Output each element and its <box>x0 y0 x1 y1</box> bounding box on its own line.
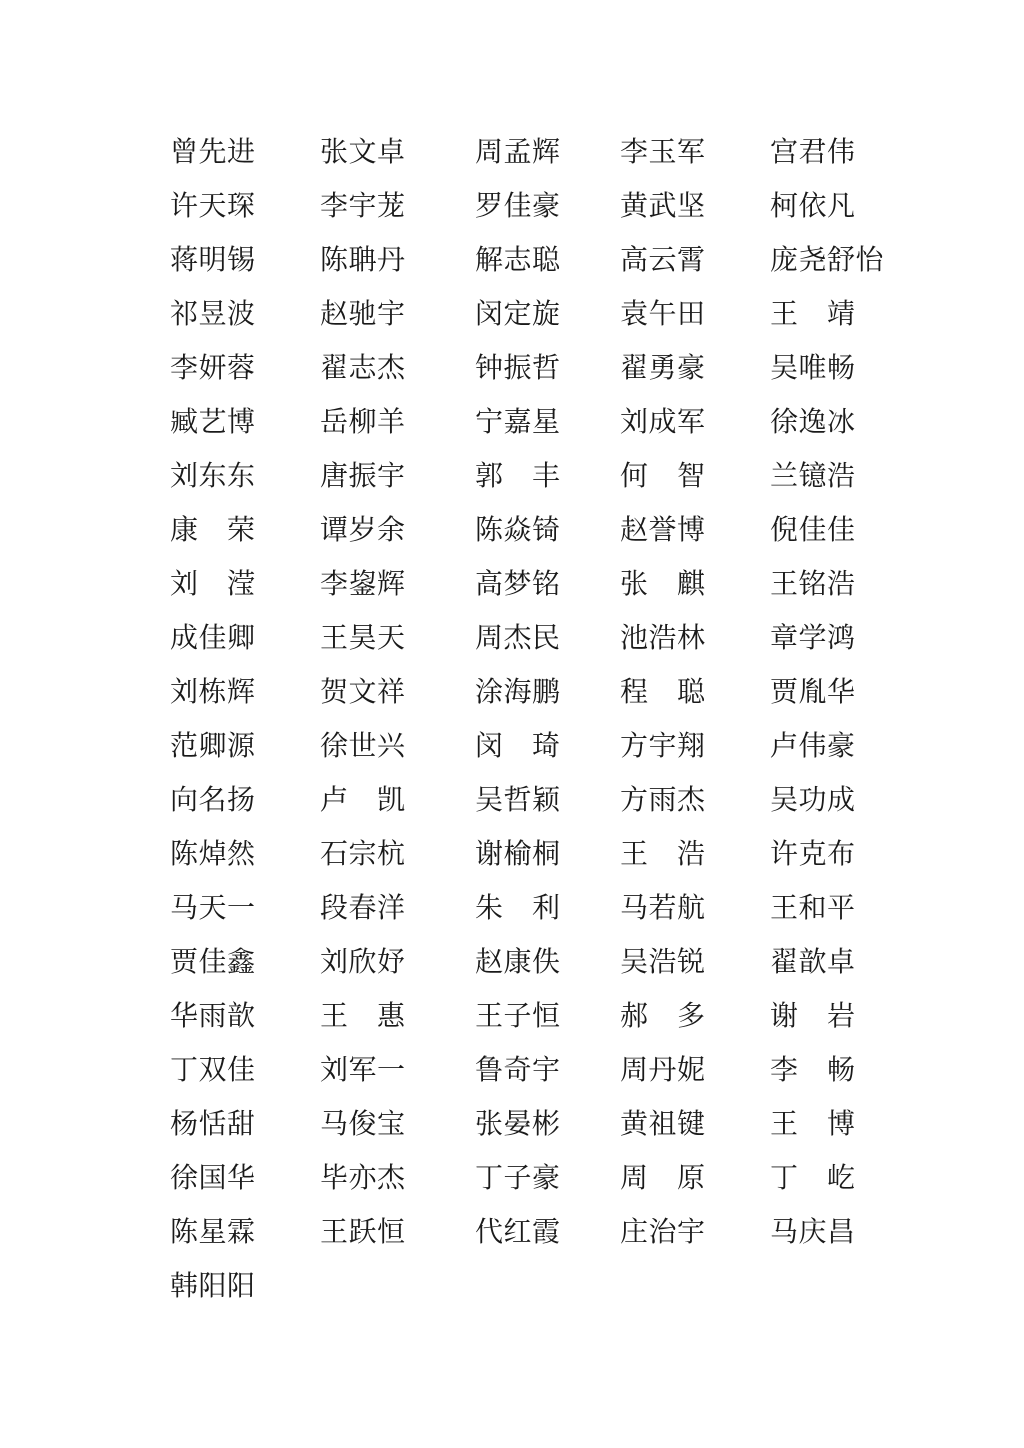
name-cell: 庄治宇 <box>620 1206 770 1260</box>
name-cell: 谢榆桐 <box>475 828 620 882</box>
name-cell: 徐逸冰 <box>770 396 924 450</box>
name-cell: 曾先进 <box>170 126 320 180</box>
name-cell: 翟勇豪 <box>620 342 770 396</box>
empty-cell <box>620 1260 770 1314</box>
name-cell: 庞尧舒怡 <box>770 234 924 288</box>
empty-cell <box>320 1260 475 1314</box>
name-cell: 解志聪 <box>475 234 620 288</box>
name-cell: 卢伟豪 <box>770 720 924 774</box>
empty-cell <box>770 1260 924 1314</box>
name-cell: 吴功成 <box>770 774 924 828</box>
name-cell: 李 畅 <box>770 1044 924 1098</box>
name-cell: 代红霞 <box>475 1206 620 1260</box>
name-cell: 徐世兴 <box>320 720 475 774</box>
name-cell: 黄武坚 <box>620 180 770 234</box>
name-cell: 马俊宝 <box>320 1098 475 1152</box>
name-cell: 祁昱波 <box>170 288 320 342</box>
name-cell: 池浩林 <box>620 612 770 666</box>
name-cell: 谢 岩 <box>770 990 924 1044</box>
name-cell: 华雨歆 <box>170 990 320 1044</box>
name-cell: 方雨杰 <box>620 774 770 828</box>
name-cell: 郝 多 <box>620 990 770 1044</box>
name-cell: 高梦铭 <box>475 558 620 612</box>
name-cell: 鲁奇宇 <box>475 1044 620 1098</box>
name-cell: 卢 凯 <box>320 774 475 828</box>
name-cell: 王 博 <box>770 1098 924 1152</box>
name-cell: 马若航 <box>620 882 770 936</box>
name-cell: 刘东东 <box>170 450 320 504</box>
name-cell: 闵 琦 <box>475 720 620 774</box>
name-cell: 钟振哲 <box>475 342 620 396</box>
name-cell: 陈焱锜 <box>475 504 620 558</box>
name-cell: 丁双佳 <box>170 1044 320 1098</box>
name-cell: 张晏彬 <box>475 1098 620 1152</box>
name-cell: 刘 滢 <box>170 558 320 612</box>
name-cell: 王和平 <box>770 882 924 936</box>
name-cell: 周 原 <box>620 1152 770 1206</box>
name-cell: 王昊天 <box>320 612 475 666</box>
name-cell: 兰镱浩 <box>770 450 924 504</box>
name-cell: 张 麒 <box>620 558 770 612</box>
name-cell: 贾佳鑫 <box>170 936 320 990</box>
name-cell: 王铭浩 <box>770 558 924 612</box>
name-cell: 谭岁余 <box>320 504 475 558</box>
name-cell: 李玉军 <box>620 126 770 180</box>
name-cell: 吴哲颖 <box>475 774 620 828</box>
name-cell: 赵誉博 <box>620 504 770 558</box>
name-cell: 臧艺博 <box>170 396 320 450</box>
name-cell: 徐国华 <box>170 1152 320 1206</box>
name-cell: 陈聃丹 <box>320 234 475 288</box>
name-cell: 周丹妮 <box>620 1044 770 1098</box>
name-cell: 宁嘉星 <box>475 396 620 450</box>
name-cell: 王 靖 <box>770 288 924 342</box>
name-cell: 郭 丰 <box>475 450 620 504</box>
document-page: 曾先进张文卓周孟辉李玉军宫君伟许天琛李宇茏罗佳豪黄武坚柯依凡蒋明锡陈聃丹解志聪高… <box>0 0 1024 1448</box>
name-cell: 周杰民 <box>475 612 620 666</box>
name-cell: 罗佳豪 <box>475 180 620 234</box>
name-cell: 李妍蓉 <box>170 342 320 396</box>
name-cell: 段春洋 <box>320 882 475 936</box>
name-cell: 毕亦杰 <box>320 1152 475 1206</box>
name-cell: 范卿源 <box>170 720 320 774</box>
name-cell: 何 智 <box>620 450 770 504</box>
name-cell: 刘栋辉 <box>170 666 320 720</box>
name-cell: 陈星霖 <box>170 1206 320 1260</box>
name-cell: 周孟辉 <box>475 126 620 180</box>
name-cell: 李鋆辉 <box>320 558 475 612</box>
name-cell: 刘军一 <box>320 1044 475 1098</box>
name-cell: 康 荣 <box>170 504 320 558</box>
name-cell: 章学鸿 <box>770 612 924 666</box>
name-cell: 刘成军 <box>620 396 770 450</box>
name-cell: 程 聪 <box>620 666 770 720</box>
name-cell: 贾胤华 <box>770 666 924 720</box>
name-cell: 蒋明锡 <box>170 234 320 288</box>
name-cell: 唐振宇 <box>320 450 475 504</box>
name-grid: 曾先进张文卓周孟辉李玉军宫君伟许天琛李宇茏罗佳豪黄武坚柯依凡蒋明锡陈聃丹解志聪高… <box>170 126 1024 1314</box>
name-cell: 丁 屹 <box>770 1152 924 1206</box>
name-cell: 贺文祥 <box>320 666 475 720</box>
name-cell: 赵驰宇 <box>320 288 475 342</box>
name-cell: 朱 利 <box>475 882 620 936</box>
name-cell: 向名扬 <box>170 774 320 828</box>
empty-cell <box>475 1260 620 1314</box>
name-cell: 高云霄 <box>620 234 770 288</box>
name-cell: 吴唯畅 <box>770 342 924 396</box>
name-cell: 张文卓 <box>320 126 475 180</box>
name-cell: 翟歆卓 <box>770 936 924 990</box>
name-cell: 方宇翔 <box>620 720 770 774</box>
name-cell: 李宇茏 <box>320 180 475 234</box>
name-cell: 翟志杰 <box>320 342 475 396</box>
name-cell: 王跃恒 <box>320 1206 475 1260</box>
name-cell: 丁子豪 <box>475 1152 620 1206</box>
name-cell: 王子恒 <box>475 990 620 1044</box>
name-cell: 刘欣妤 <box>320 936 475 990</box>
name-cell: 吴浩锐 <box>620 936 770 990</box>
name-cell: 王 惠 <box>320 990 475 1044</box>
name-cell: 柯依凡 <box>770 180 924 234</box>
name-cell: 石宗杭 <box>320 828 475 882</box>
name-cell: 倪佳佳 <box>770 504 924 558</box>
name-cell: 马天一 <box>170 882 320 936</box>
name-cell: 宫君伟 <box>770 126 924 180</box>
name-cell: 赵康佚 <box>475 936 620 990</box>
name-cell: 许天琛 <box>170 180 320 234</box>
name-cell: 陈焯然 <box>170 828 320 882</box>
name-cell: 袁午田 <box>620 288 770 342</box>
name-cell: 涂海鹏 <box>475 666 620 720</box>
name-cell: 韩阳阳 <box>170 1260 320 1314</box>
name-cell: 王 浩 <box>620 828 770 882</box>
name-cell: 黄祖键 <box>620 1098 770 1152</box>
name-cell: 岳柳羊 <box>320 396 475 450</box>
name-cell: 杨恬甜 <box>170 1098 320 1152</box>
name-cell: 马庆昌 <box>770 1206 924 1260</box>
name-cell: 闵定旋 <box>475 288 620 342</box>
name-cell: 成佳卿 <box>170 612 320 666</box>
name-cell: 许克布 <box>770 828 924 882</box>
